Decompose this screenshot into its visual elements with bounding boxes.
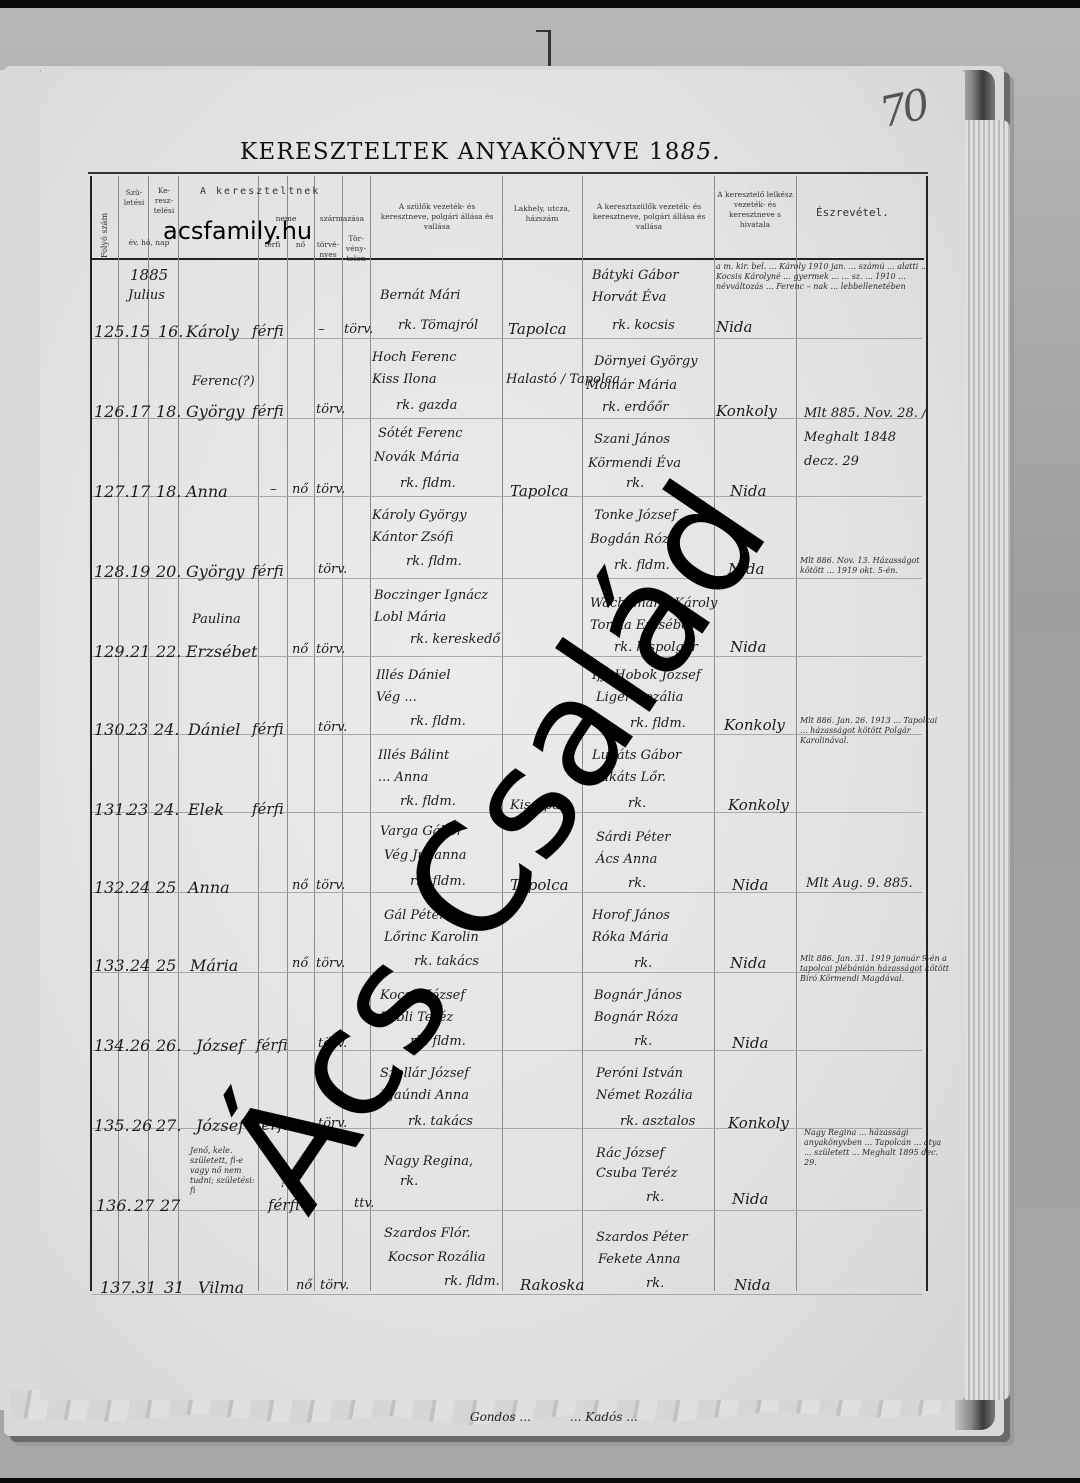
bookmark-mark [548,30,551,66]
header-a-kereszteltnek: A kereszteltnek [200,186,320,197]
priest: Konkoly [728,1114,789,1132]
illegitimate: törv. [344,322,373,337]
header-szuletesi: Szü-letési [120,188,148,208]
parent-line: Kocsor Rozália [388,1250,486,1265]
priest: Konkoly [716,402,777,420]
entry-number: 135. [94,1116,130,1135]
parent-line: Vég ... [376,690,417,705]
child-name: Anna [186,482,228,501]
godparent-line: rk. [628,876,646,891]
sex-male: férfi [252,562,284,580]
priest: Konkoly [728,796,789,814]
godparent-line: Peróni István [596,1066,683,1081]
legitimate: törv. [316,878,345,893]
header-eszrevetel: Észrevétel. [816,206,889,219]
remarks: Mlt 886. Nov. 13. Házasságot kötött ... … [800,556,940,576]
residence: Tapolca [508,320,567,338]
entry-number: 132. [94,878,130,897]
priest: Nida [730,482,766,500]
baptism-day: 26. [156,1036,181,1055]
child-name: Károly [186,322,239,341]
watermark-site: acsfamily.hu [163,217,312,245]
godparent-line: rk. erdőőr [602,400,668,415]
parent-line: Nagy Regina, [384,1154,473,1169]
sex-female: nő [292,482,308,497]
parent-line: Bernát Mári [380,288,460,303]
birth-day: 17 [130,402,150,421]
parent-line: Kántor Zsófi [372,530,453,545]
header-lakhely: Lakhely, utcza, házszám [504,204,580,224]
parent-line: Szardos Flór. [384,1226,471,1241]
godparent-line: Molnár Mária [586,378,677,393]
title-rule [88,172,928,174]
birth-day: 27 [134,1196,154,1215]
child-name: Erzsébet [186,642,258,661]
entry-number: 134. [94,1036,130,1055]
birth-day: 24 [130,956,150,975]
entry-number: 125. [94,322,130,341]
page-title: KERESZTELTEK ANYAKÖNYVE 1885. [240,139,800,165]
baptism-day: 20. [156,562,181,581]
entry-number: 128. [94,562,130,581]
sex-male: férfi [252,322,284,340]
godparent-line: Szardos Péter [596,1230,688,1245]
godparent-line: Szani János [594,432,670,447]
baptism-day: 25 [156,956,176,975]
godparent-line: Dörnyei György [594,354,698,369]
parent-line: rk. fldm. [444,1274,500,1289]
remarks: Mlt 886. Jan. 31. 1919 január 9-én a tap… [800,954,950,984]
residence: Tapolca [510,482,569,500]
parent-line: Boczinger Ignácz [374,588,488,603]
godparent-line: Horvát Éva [592,290,666,305]
child-name: Elek [188,800,224,819]
child-name: György [186,562,244,581]
sex-male: – [270,482,277,497]
legitimate: törv. [320,1278,349,1293]
child-name: Mária [190,956,238,975]
entry-number: 127. [94,482,130,501]
godparent-line: Bognár Róza [594,1010,678,1025]
priest: Nida [716,318,752,336]
baptism-day: 27 [160,1196,180,1215]
remarks: Mlt Aug. 9. 885. [806,876,913,891]
child-name: József [196,1036,244,1055]
godparent-line: rk. [634,1034,652,1049]
godparent-line: Német Rozália [596,1088,693,1103]
row-line [92,1210,922,1211]
child-name: Vilma [198,1278,244,1297]
priest: Nida [734,1276,770,1294]
residence: Rakoska [520,1276,584,1294]
legitimate: törv. [316,402,345,417]
godparent-line: Fekete Anna [598,1252,681,1267]
legitimate: törv. [318,562,347,577]
parent-line: Illés Dániel [376,668,451,683]
header-torvenyes: törvé-nyes [314,240,342,260]
title-year-handwritten: 85. [681,139,721,165]
child-name-note: Ferenc(?) [192,374,255,389]
header-divider [90,258,924,260]
sex-female: nő [296,1278,312,1293]
baptism-day: 27. [156,1116,181,1135]
date-month: Julius [128,288,165,303]
parent-line: rk. fldm. [410,714,466,729]
parent-line: Novák Mária [374,450,460,465]
parent-line: Illés Bálint [378,748,449,763]
baptism-day: 18. [156,482,181,501]
godparent-line: Csuba Teréz [596,1166,677,1181]
entry-number: 129. [94,642,130,661]
birth-day: 24 [130,878,150,897]
child-name: Dániel [188,720,240,739]
legitimate: törv. [316,482,345,497]
birth-day: 26 [132,1116,152,1135]
priest: Nida [732,1190,768,1208]
godparent-line: rk. [646,1190,664,1205]
baptism-day: 18. [156,402,181,421]
legitimate: törv. [318,720,347,735]
priest: Konkoly [724,716,785,734]
baptism-day: 16. [158,322,183,341]
birth-day: 21 [130,642,150,661]
baptism-day: 31 [164,1278,184,1297]
bottom-scrawl: Gondos ... [470,1410,531,1424]
birth-day: 31 [136,1278,156,1297]
header-szulok: A szülők vezeték- és keresztneve, polgár… [374,202,500,232]
godparent-line: rk. kocsis [612,318,675,333]
parent-line: Lobl Mária [374,610,446,625]
priest: Nida [732,876,768,894]
remarks: Nagy Regina ... házassági anyakönyvben .… [804,1128,950,1168]
header-keresztszulok: A keresztszülők vezeték- és keresztneve,… [586,202,712,232]
godparent-line: Ács Anna [596,852,657,867]
child-name-note: Paulina [192,612,241,627]
sex-male: férfi [252,720,284,738]
parent-line: rk. [400,1174,418,1189]
parent-line: rk. gazda [396,398,457,413]
parent-line: rk. fldm. [400,476,456,491]
parent-line: ... Anna [378,770,428,785]
page-edges [965,120,1010,1400]
parent-line: Károly György [372,508,467,523]
parent-line: rk. Tömajról [398,318,478,333]
priest: Nida [730,954,766,972]
header-torvenytelen: Tör-vény-telen [342,234,370,264]
remarks: a m. kir. bel. ... Károly 1910 jan. ... … [716,262,936,292]
parent-line: Hoch Ferenc [372,350,457,365]
baptism-day: 24. [154,720,179,739]
birth-day: 23 [128,800,148,819]
legitimate: törv. [316,642,345,657]
top-border [0,0,1080,8]
godparent-line: rk. [646,1276,664,1291]
entry-number: 133. [94,956,130,975]
parent-line: Sótét Ferenc [378,426,463,441]
birth-day: 19 [130,562,150,581]
remarks: Mlt 886. Jan. 26. 1913 ... Tapolcai ... … [800,716,940,746]
parent-line: Kiss Ilona [372,372,437,387]
child-name: Anna [188,878,230,897]
bottom-scrawl: ... Kadós ... [570,1410,638,1424]
page-number: 70 [875,80,930,137]
godparent-line: Bognár János [594,988,682,1003]
godparent-line: rk. [634,956,652,971]
sex-male: férfi [252,402,284,420]
child-name: György [186,402,244,421]
header-folyo-szam: Folyó szám [100,213,109,258]
birth-day: 26 [130,1036,150,1055]
parent-line: rk. fldm. [406,554,462,569]
godparent-line: Horof János [592,908,670,923]
baptism-day: 24. [154,800,179,819]
legitimate: – [318,322,325,337]
entry-number: 137. [100,1278,136,1297]
baptism-day: 25 [156,878,176,897]
sex-female: nő [292,642,308,657]
left-page-strip [0,70,41,1410]
entry-number: 130. [94,720,130,739]
sex-female: nő [292,878,308,893]
sex-female: nő [292,956,308,971]
sex-male: férfi [252,800,284,818]
parent-line: rk. kereskedő [410,632,500,647]
bottom-border [0,1478,1080,1483]
baptism-day: 22. [156,642,181,661]
remarks: Mlt 885. Nov. 28. / Meghalt 1848 decz. 2… [804,402,934,474]
header-keresztelo: A keresztelő lelkész vezeték- és kereszt… [716,190,794,230]
date-year: 1885 [130,266,168,284]
header-keresztelesi: Ke-resz-telési [150,186,178,216]
entry-number: 136. [96,1196,132,1215]
entry-number: 126. [94,402,130,421]
godparent-line: Róka Mária [592,930,669,945]
header-szarmazasa: származása [314,214,370,224]
priest: Nida [732,1034,768,1052]
birth-day: 17 [130,482,150,501]
godparent-line: Bátyki Gábor [592,268,679,283]
entry-number: 131. [94,800,130,819]
birth-day: 23 [128,720,148,739]
godparent-line: rk. asztalos [620,1114,695,1129]
godparent-line: Rác József [596,1146,664,1161]
birth-day: 15 [130,322,150,341]
title-printed: KERESZTELTEK ANYAKÖNYVE 18 [240,139,681,165]
